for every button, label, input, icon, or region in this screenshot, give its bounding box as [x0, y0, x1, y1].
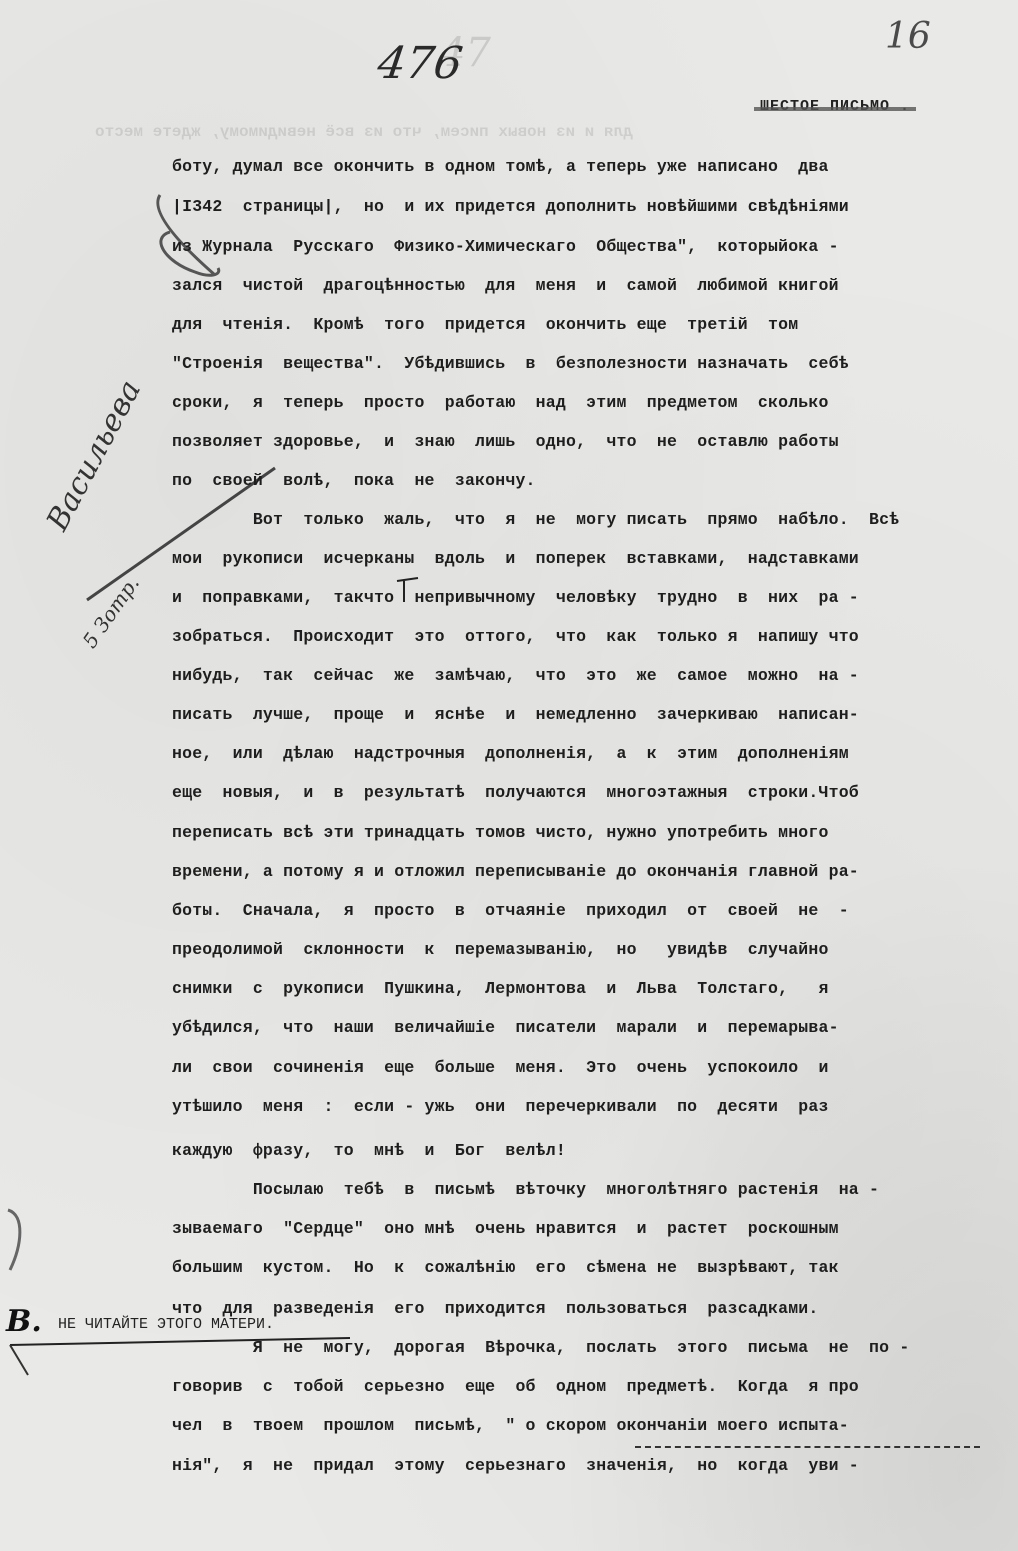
text-line: и поправками, такчто непривычному человѣ… [172, 588, 859, 607]
text-line: сроки, я теперь просто работаю над этим … [172, 393, 829, 412]
folio-number: 16 [885, 16, 931, 57]
text-line: еще новыя, и в результатѣ получаются мно… [172, 783, 859, 802]
text-line: переписать всѣ эти тринадцать томов чист… [172, 823, 829, 842]
text-line: Я не могу, дорогая Вѣрочка, послать этог… [172, 1338, 909, 1357]
dashed-underline-icon [635, 1446, 980, 1448]
text-line: зываемаго "Сердце" оно мнѣ очень нравитс… [172, 1219, 839, 1238]
text-line: "Строенiя вещества". Убѣдившись в безпол… [172, 354, 849, 373]
text-line: зобраться. Происходит это оттого, что ка… [172, 627, 859, 646]
text-line: зался чистой драгоцѣнностью для меня и с… [172, 276, 839, 295]
document-page: 47 476 16 ШЕСТОЕ ПИСЬМО . для и из новых… [0, 0, 1018, 1551]
text-line: чел в твоем прошлом письмѣ, " о скором о… [172, 1416, 849, 1435]
margin-note: НЕ ЧИТАЙТЕ ЭТОГО МАТЕРИ. [58, 1316, 274, 1333]
text-line: |I342 страницы|, но и их придется дополн… [172, 197, 849, 216]
text-line: времени, а потому я и отложил переписыва… [172, 862, 859, 881]
text-line: говорив с тобой серьезно еще об одном пр… [172, 1377, 859, 1396]
text-line: преодолимой склонности к перемазыванiю, … [172, 940, 829, 959]
bleed-through-text: для и из новых писем, что из всё невидим… [95, 123, 633, 141]
text-line: каждую фразу, то мнѣ и Бог велѣл! [172, 1141, 566, 1160]
folio-number-struck: 476 [374, 38, 465, 89]
text-line: боты. Сначала, я просто в отчаянiе прихо… [172, 901, 849, 920]
margin-note-text: НЕ ЧИТАЙТЕ ЭТОГО МАТЕРИ. [58, 1316, 274, 1333]
text-line: из Журнала Русскаго Физико-Химическаго О… [172, 237, 839, 256]
strikethrough-icon [754, 107, 916, 111]
text-line: Вот только жаль, что я не могу писать пр… [172, 510, 899, 529]
text-line: утѣшило меня : если - ужь они перечеркив… [172, 1097, 829, 1116]
text-line: нибудь, так сейчас же замѣчаю, что это ж… [172, 666, 859, 685]
text-line: позволяет здоровье, и знаю лишь одно, чт… [172, 432, 839, 451]
text-line: снимки с рукописи Пушкина, Лермонтова и … [172, 979, 829, 998]
text-line: ное, или дѣлаю надстрочныя дополненiя, а… [172, 744, 849, 763]
parenthesis-mark-icon [8, 1210, 20, 1270]
text-line: по своей волѣ, пока не закончу. [172, 471, 536, 490]
letter-heading: ШЕСТОЕ ПИСЬМО . [760, 98, 910, 115]
text-line: нiя", я не придал этому серьезнаго значе… [172, 1456, 859, 1475]
text-line: большим кустом. Но к сожалѣнiю его сѣмен… [172, 1258, 839, 1277]
text-line: мои рукописи исчерканы вдоль и поперек в… [172, 549, 859, 568]
text-line: ли свои сочиненiя еще больше меня. Это о… [172, 1058, 829, 1077]
text-line: Посылаю тебѣ в письмѣ вѣточку многолѣтня… [172, 1180, 879, 1199]
text-line: убѣдился, что наши величайшiе писатели м… [172, 1018, 839, 1037]
margin-label: В. [6, 1304, 42, 1339]
text-line: боту, думал все окончить в одном томѣ, а… [172, 157, 829, 176]
text-line: для чтенiя. Кромѣ того придется окончить… [172, 315, 798, 334]
text-line: писать лучше, проще и яснѣе и немедленно… [172, 705, 859, 724]
